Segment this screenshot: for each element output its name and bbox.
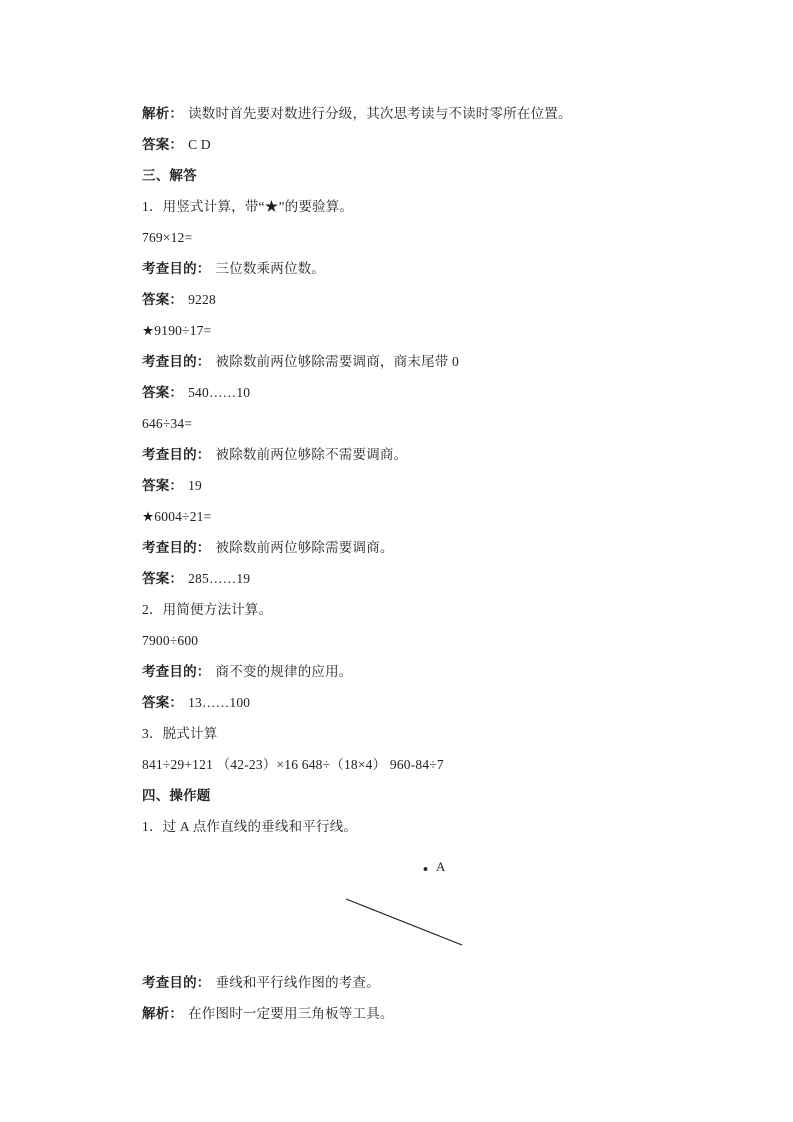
expressions-text: 841÷29+121 （42-23）×16 648÷（18×4） 960-84÷… xyxy=(142,757,444,772)
purpose-label: 考查目的： xyxy=(142,664,211,679)
section-heading-four: 四、操作题 xyxy=(142,780,722,811)
line-segment xyxy=(346,899,462,945)
expressions-step-calculation: 841÷29+121 （42-23）×16 648÷（18×4） 960-84÷… xyxy=(142,749,722,780)
answer-line-9228: 答案：9228 xyxy=(142,284,722,315)
purpose-line-adjust: 考查目的：被除数前两位够除需要调商。 xyxy=(142,532,722,563)
answer-text: C D xyxy=(188,137,211,152)
expression-text: 7900÷600 xyxy=(142,633,198,648)
geometry-diagram: A xyxy=(142,842,722,967)
purpose-text: 三位数乘两位数。 xyxy=(216,261,326,276)
analysis-label: 解析： xyxy=(142,106,183,121)
purpose-text: 被除数前两位够除不需要调商。 xyxy=(216,447,408,462)
expression-769x12: 769×12= xyxy=(142,222,722,253)
operation-problem-1-instruction: 1．过 A 点作直线的垂线和平行线。 xyxy=(142,811,722,842)
answer-label: 答案： xyxy=(142,695,183,710)
section-heading-label: 四、操作题 xyxy=(142,788,211,803)
answer-label: 答案： xyxy=(142,385,183,400)
document-page: 解析：读数时首先要对数进行分级，其次思考读与不读时零所在位置。 答案：C D 三… xyxy=(0,0,793,1122)
analysis-line-drawing: 解析：在作图时一定要用三角板等工具。 xyxy=(142,998,722,1029)
purpose-label: 考查目的： xyxy=(142,975,211,990)
expression-9190-div-17: ★9190÷17= xyxy=(142,315,722,346)
purpose-line-quotient-rule: 考查目的：商不变的规律的应用。 xyxy=(142,656,722,687)
problem-1-instruction-text: 1．用竖式计算，带“★”的要验算。 xyxy=(142,199,353,214)
problem-3-instruction: 3．脱式计算 xyxy=(142,718,722,749)
analysis-line-reading: 解析：读数时首先要对数进行分级，其次思考读与不读时零所在位置。 xyxy=(142,98,722,129)
answer-label: 答案： xyxy=(142,478,183,493)
answer-text: 19 xyxy=(188,478,202,493)
section-heading-three: 三、解答 xyxy=(142,160,722,191)
answer-label: 答案： xyxy=(142,137,183,152)
analysis-label: 解析： xyxy=(142,1006,183,1021)
problem-2-instruction-text: 2．用简便方法计算。 xyxy=(142,602,272,617)
purpose-line-multiplication: 考查目的：三位数乘两位数。 xyxy=(142,253,722,284)
purpose-text: 被除数前两位够除需要调商，商末尾带 0 xyxy=(216,354,459,369)
purpose-label: 考查目的： xyxy=(142,354,211,369)
expression-6004-div-21: ★6004÷21= xyxy=(142,501,722,532)
purpose-label: 考查目的： xyxy=(142,447,211,462)
purpose-label: 考查目的： xyxy=(142,540,211,555)
expression-646-div-34: 646÷34= xyxy=(142,408,722,439)
answer-text: 285……19 xyxy=(188,571,250,586)
analysis-text: 读数时首先要对数进行分级，其次思考读与不读时零所在位置。 xyxy=(188,106,572,121)
answer-line-19: 答案：19 xyxy=(142,470,722,501)
diagram-canvas: A xyxy=(142,842,722,967)
purpose-label: 考查目的： xyxy=(142,261,211,276)
answer-line-540-r10: 答案：540……10 xyxy=(142,377,722,408)
purpose-line-drawing: 考查目的：垂线和平行线作图的考查。 xyxy=(142,967,722,998)
expression-7900-div-600: 7900÷600 xyxy=(142,625,722,656)
answer-text: 9228 xyxy=(188,292,216,307)
point-a-dot xyxy=(424,867,428,871)
problem-3-instruction-text: 3．脱式计算 xyxy=(142,726,217,741)
answer-text: 540……10 xyxy=(188,385,250,400)
expression-text: ★9190÷17= xyxy=(142,323,211,338)
answer-line-13-r100: 答案：13……100 xyxy=(142,687,722,718)
purpose-line-no-adjust: 考查目的：被除数前两位够除不需要调商。 xyxy=(142,439,722,470)
purpose-text: 商不变的规律的应用。 xyxy=(216,664,353,679)
section-heading-label: 三、解答 xyxy=(142,168,197,183)
operation-problem-1-text: 1．过 A 点作直线的垂线和平行线。 xyxy=(142,819,357,834)
document-content: 解析：读数时首先要对数进行分级，其次思考读与不读时零所在位置。 答案：C D 三… xyxy=(142,98,722,1029)
problem-1-instruction: 1．用竖式计算，带“★”的要验算。 xyxy=(142,191,722,222)
answer-text: 13……100 xyxy=(188,695,250,710)
analysis-text: 在作图时一定要用三角板等工具。 xyxy=(188,1006,394,1021)
expression-text: 646÷34= xyxy=(142,416,192,431)
answer-label: 答案： xyxy=(142,571,183,586)
answer-line-cd: 答案：C D xyxy=(142,129,722,160)
purpose-text: 垂线和平行线作图的考查。 xyxy=(216,975,380,990)
purpose-text: 被除数前两位够除需要调商。 xyxy=(216,540,394,555)
answer-line-285-r19: 答案：285……19 xyxy=(142,563,722,594)
problem-2-instruction: 2．用简便方法计算。 xyxy=(142,594,722,625)
point-a-label: A xyxy=(436,859,446,874)
expression-text: 769×12= xyxy=(142,230,192,245)
expression-text: ★6004÷21= xyxy=(142,509,211,524)
purpose-line-adjust-quotient-trailing-zero: 考查目的：被除数前两位够除需要调商，商末尾带 0 xyxy=(142,346,722,377)
answer-label: 答案： xyxy=(142,292,183,307)
